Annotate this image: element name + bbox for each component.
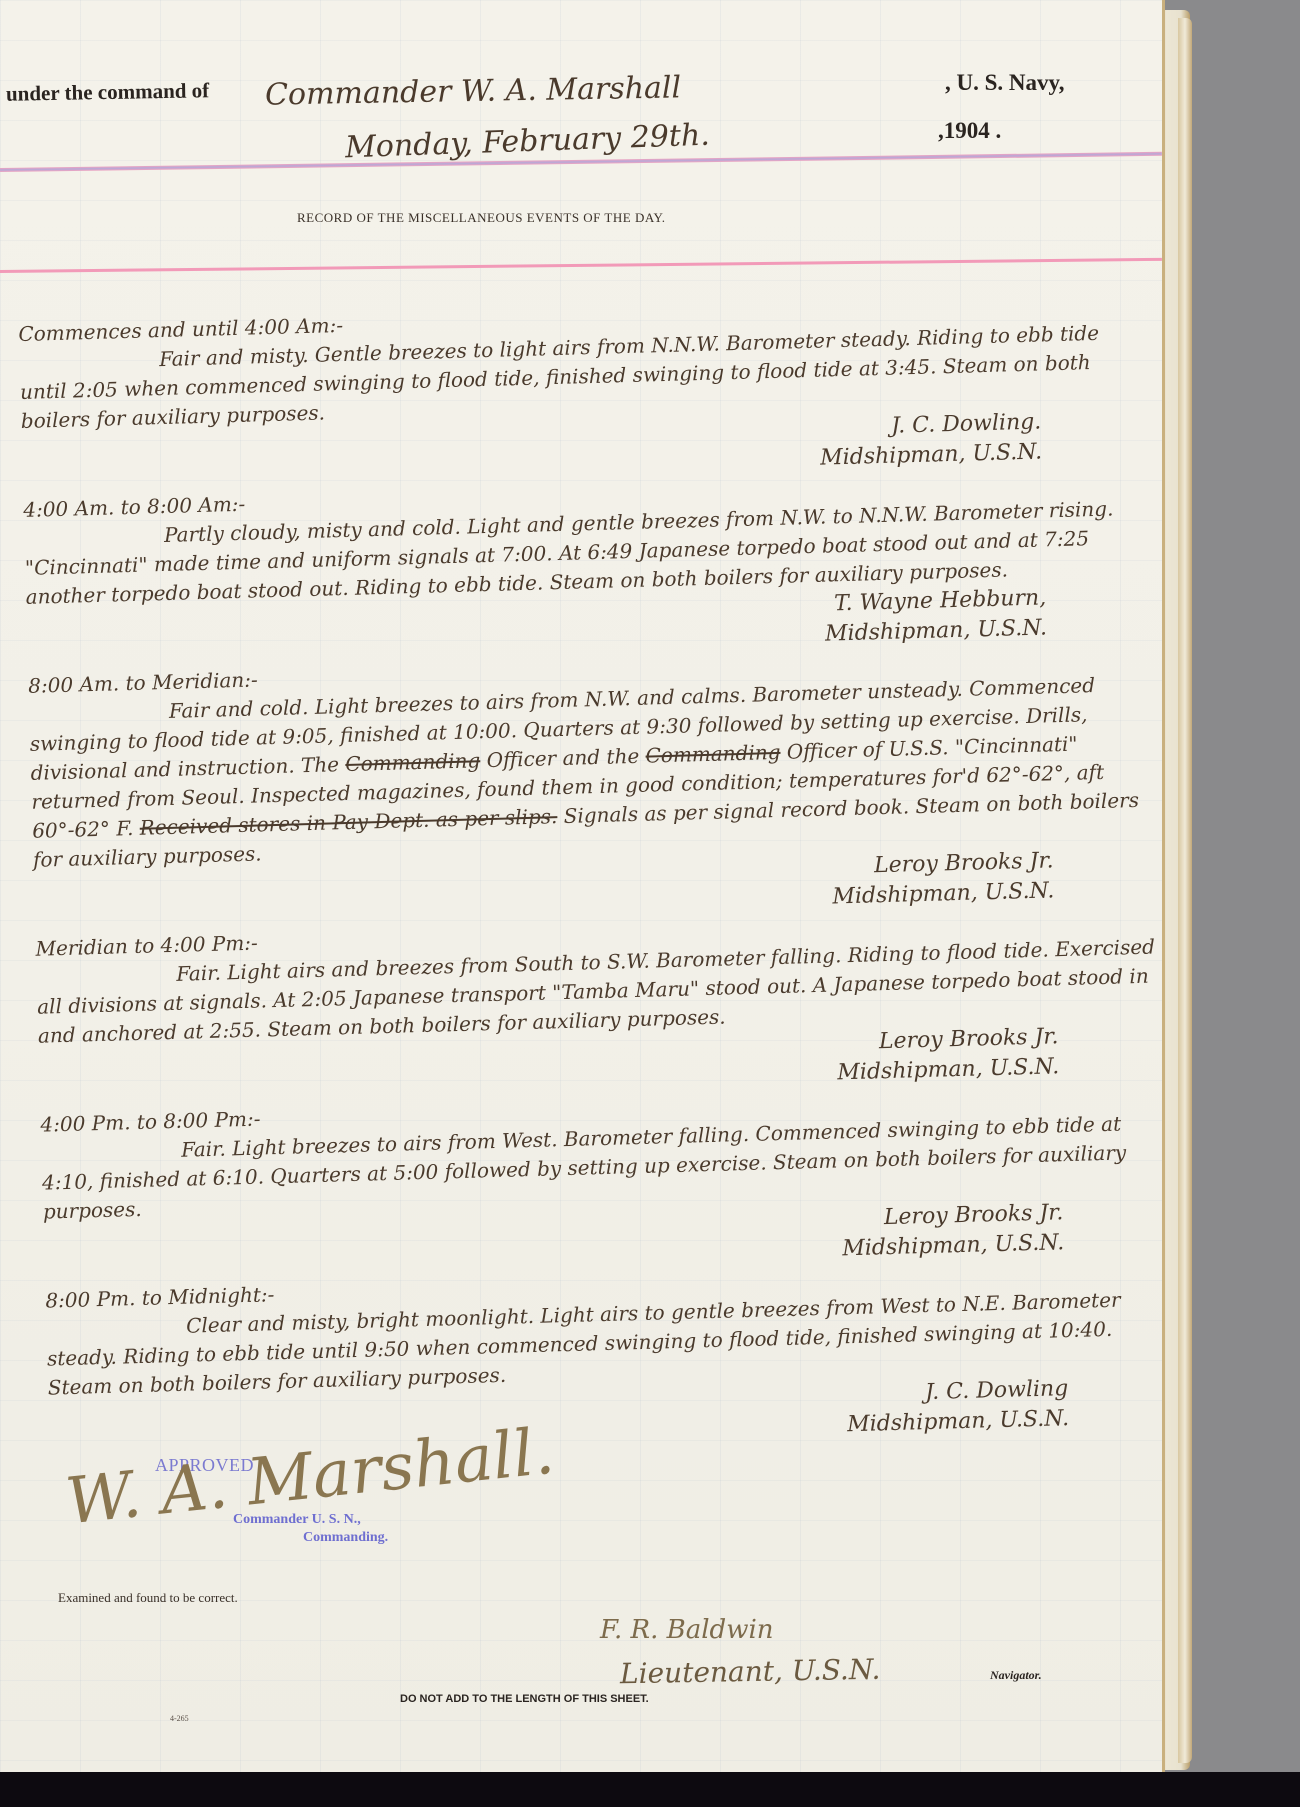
stamp-rank: Commander U. S. N., — [233, 1512, 361, 1528]
section-rule — [0, 258, 1162, 273]
examined-label: Examined and found to be correct. — [58, 1590, 238, 1606]
commander-name-handwritten: Commander W. A. Marshall — [265, 70, 682, 112]
struck-text: Commanding — [645, 740, 781, 768]
navigator-rank: Lieutenant, U.S.N. — [620, 1653, 881, 1691]
page-stack-edge-inner — [1178, 18, 1192, 1763]
form-number: 4-265 — [170, 1714, 189, 1723]
year-label: ,1904 . — [938, 118, 1001, 144]
text-fragment: Officer and the — [480, 744, 646, 773]
navigator-signature: F. R. Baldwin — [600, 1615, 774, 1645]
watch-entry: Meridian to 4:00 Pm:- Fair. Light airs a… — [35, 903, 1165, 1110]
watch-entry: 4:00 Am. to 8:00 Am:- Partly cloudy, mis… — [23, 464, 1157, 671]
stamp-role: Commanding. — [303, 1530, 388, 1546]
watch-entry: 8:00 Am. to Meridian:- Fair and cold. Li… — [28, 640, 1165, 934]
book-shadow — [0, 1772, 1300, 1807]
logbook-page: under the command of Commander W. A. Mar… — [0, 0, 1165, 1790]
events-log: Commences and until 4:00 Am:- Fair and m… — [18, 288, 1165, 1462]
watch-text: Fair and cold. Light breezes to airs fro… — [29, 669, 1163, 874]
service-label: , U. S. Navy, — [945, 70, 1065, 96]
struck-text: Received stores in Pay Dept. as per slip… — [139, 804, 557, 840]
navigator-label: Navigator. — [990, 1668, 1042, 1683]
sheet-notice: DO NOT ADD TO THE LENGTH OF THIS SHEET. — [400, 1693, 649, 1705]
watch-entry: 8:00 Pm. to Midnight:- Clear and misty, … — [45, 1255, 1165, 1462]
watch-entry: Commences and until 4:00 Am:- Fair and m… — [18, 288, 1152, 495]
watch-entry: 4:00 Pm. to 8:00 Pm:- Fair. Light breeze… — [40, 1079, 1165, 1286]
command-prefix: under the command of — [6, 78, 210, 107]
section-title: RECORD OF THE MISCELLANEOUS EVENTS OF TH… — [297, 210, 666, 226]
struck-text: Commanding — [345, 748, 481, 776]
